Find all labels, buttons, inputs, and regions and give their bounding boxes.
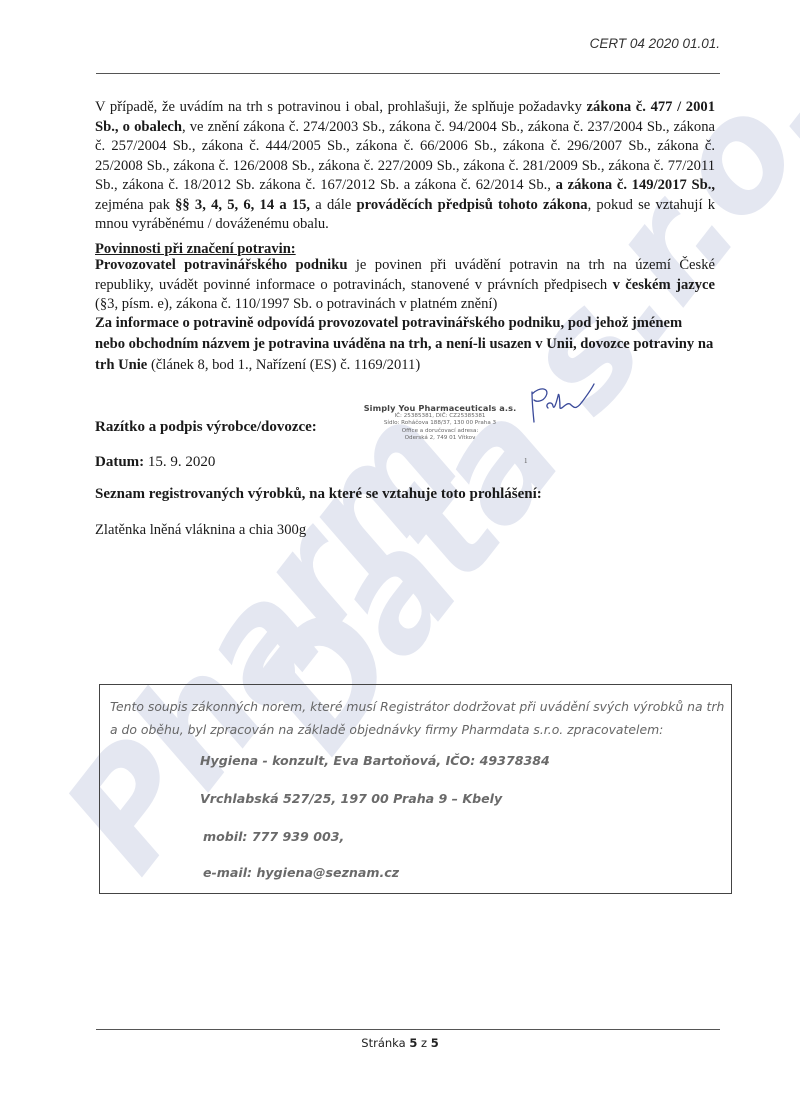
cert-code: CERT 04 2020 01.01.: [590, 36, 720, 51]
stamp-signature-label: Razítko a podpis výrobce/dovozce:: [95, 418, 317, 438]
text-run: V případě, že uvádím na trh s potravinou…: [95, 99, 587, 115]
page-separator: z: [417, 1036, 430, 1050]
page-number: Stránka 5 z 5: [0, 1036, 800, 1050]
date-line: Datum: 15. 9. 2020: [95, 453, 215, 473]
footer-divider: [96, 1029, 720, 1030]
date-value: 15. 9. 2020: [144, 454, 215, 470]
product-list-title: Seznam registrovaných výrobků, na které …: [95, 485, 542, 505]
date-label: Datum:: [95, 454, 144, 470]
info-intro: Tento soupis zákonných norem, které musí…: [110, 695, 725, 741]
law-reference: a zákona č. 149/2017 Sb.,: [556, 177, 715, 193]
processor-mobile: mobil: 777 939 003,: [203, 829, 344, 844]
processor-info-box: Tento soupis zákonných norem, které musí…: [99, 684, 732, 894]
sections-reference: §§ 3, 4, 5, 6, 14 a 15,: [175, 197, 310, 213]
responsibility-paragraph: Za informace o potravině odpovídá provoz…: [95, 313, 715, 376]
labeling-paragraph: Provozovatel potravinářského podniku je …: [95, 256, 715, 315]
stamp-company-name: Simply You Pharmaceuticals a.s.: [350, 403, 530, 413]
text-run: (článek 8, bod 1., Nařízení (ES) č. 1169…: [147, 357, 420, 373]
page-total: 5: [431, 1036, 439, 1050]
packaging-declaration-paragraph: V případě, že uvádím na trh s potravinou…: [95, 98, 715, 235]
processor-email: e-mail: hygiena@seznam.cz: [203, 865, 399, 880]
processor-name: Hygiena - konzult, Eva Bartoňová, IČO: 4…: [200, 753, 550, 768]
processor-address: Vrchlabská 527/25, 197 00 Praha 9 – Kbel…: [200, 791, 502, 806]
text-run: a dále: [310, 197, 356, 213]
text-run: (§3, písm. e), zákona č. 110/1997 Sb. o …: [95, 296, 497, 312]
text-run: zejména pak: [95, 197, 175, 213]
text-run: v českém jazyce: [613, 277, 715, 293]
page-word: Stránka: [361, 1036, 409, 1050]
text-run: Provozovatel potravinářského podniku: [95, 257, 347, 273]
header-divider: [96, 73, 720, 74]
regulations-reference: prováděcích předpisů tohoto zákona: [357, 197, 588, 213]
stamp-number: 1: [524, 457, 528, 465]
stamp-office-address: Oderská 2, 749 01 Vítkov: [350, 435, 530, 442]
handwritten-signature: [526, 382, 606, 426]
company-stamp: Simply You Pharmaceuticals a.s. IČ: 2538…: [350, 403, 530, 443]
stamp-seat: Sídlo: Roháčova 188/37, 130 00 Praha 3: [350, 420, 530, 427]
document-page: Pharm Data s.r.o. CERT 04 2020 01.01. V …: [0, 0, 800, 1100]
product-list-item: Zlatěnka lněná vláknina a chia 300g: [95, 521, 306, 541]
